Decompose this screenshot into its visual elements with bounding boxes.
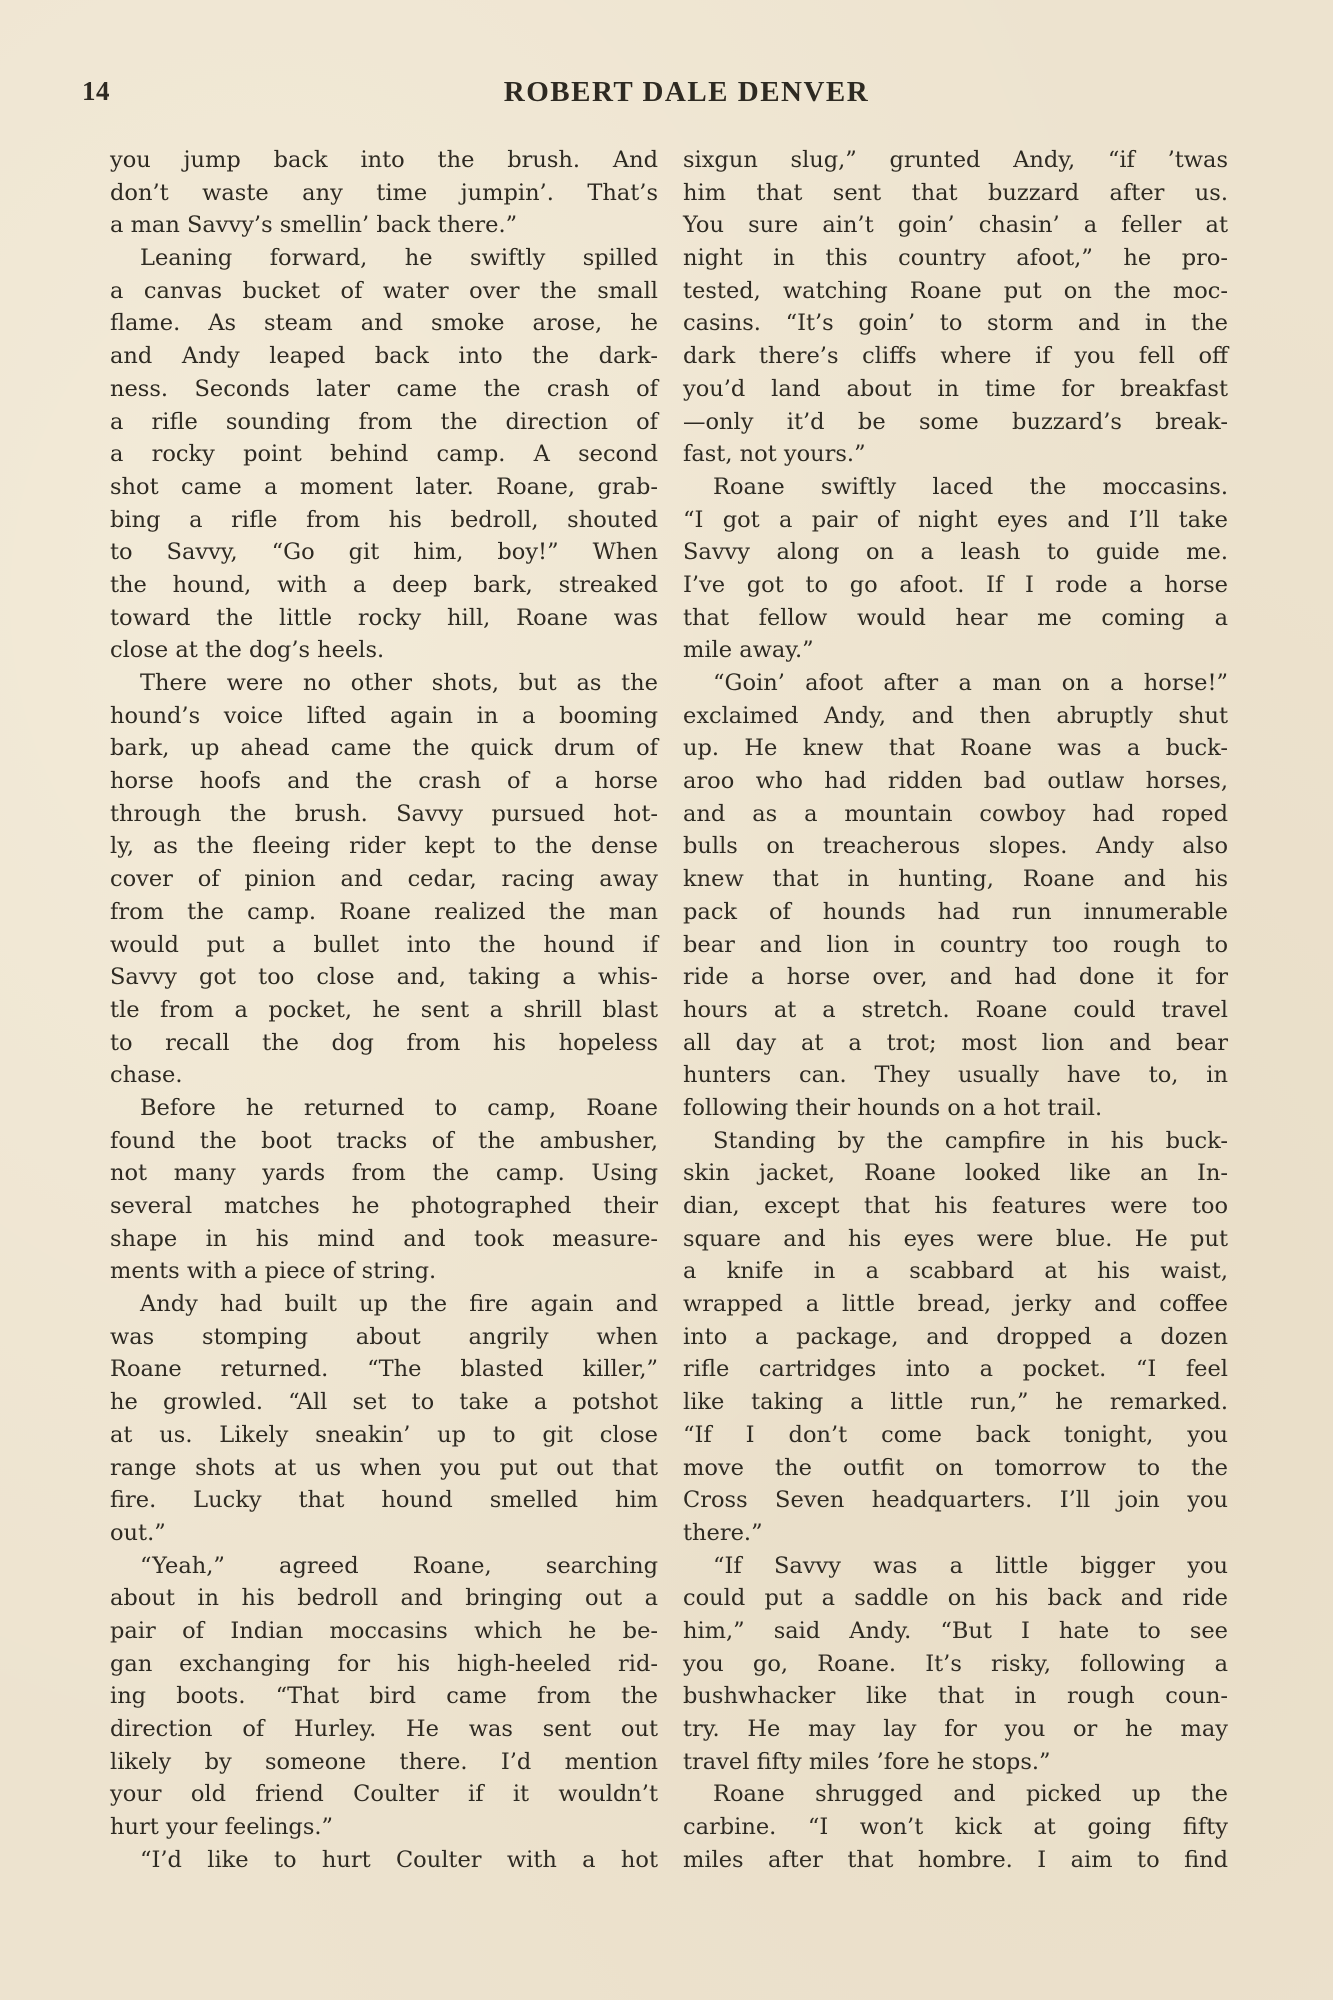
- paragraph: you jump back into the brush. Anddon’t w…: [110, 144, 658, 242]
- text-line: You sure ain’t goin’ chasin’ a feller at: [683, 209, 1228, 242]
- text-line: exclaimed Andy, and then abruptly shut: [683, 700, 1228, 733]
- paragraph: “Yeah,” agreed Roane, searchingabout in …: [110, 1550, 658, 1844]
- book-page: 14 ROBERT DALE DENVER you jump back into…: [0, 0, 1333, 2000]
- text-line: a knife in a scabbard at his waist,: [683, 1255, 1228, 1288]
- text-line: fast, not yours.”: [683, 438, 1228, 471]
- text-line: don’t waste any time jumpin’. That’s: [110, 177, 658, 210]
- text-line: bing a rifle from his bedroll, shouted: [110, 504, 658, 537]
- text-line: knew that in hunting, Roane and his: [683, 863, 1228, 896]
- text-line: Cross Seven headquarters. I’ll join you: [683, 1484, 1228, 1517]
- text-line: ly, as the fleeing rider kept to the den…: [110, 830, 658, 863]
- text-line: square and his eyes were blue. He put: [683, 1223, 1228, 1256]
- running-header: 14 ROBERT DALE DENVER: [0, 76, 1333, 116]
- paragraph: “If Savvy was a little bigger youcould p…: [683, 1550, 1228, 1779]
- paragraph: Leaning forward, he swiftly spilleda can…: [110, 242, 658, 667]
- text-line: to recall the dog from his hopeless: [110, 1027, 658, 1060]
- text-line: found the boot tracks of the ambusher,: [110, 1125, 658, 1158]
- text-line: dark there’s cliffs where if you fell of…: [683, 340, 1228, 373]
- text-line: you go, Roane. It’s risky, following a: [683, 1648, 1228, 1681]
- text-line: into a package, and dropped a dozen: [683, 1321, 1228, 1354]
- text-line: dian, except that his features were too: [683, 1190, 1228, 1223]
- paragraph: sixgun slug,” grunted Andy, “if ’twashim…: [683, 144, 1228, 471]
- text-line: hours at a stretch. Roane could travel: [683, 994, 1228, 1027]
- text-line: skin jacket, Roane looked like an In-: [683, 1157, 1228, 1190]
- text-line: rifle cartridges into a pocket. “I feel: [683, 1353, 1228, 1386]
- text-line: not many yards from the camp. Using: [110, 1157, 658, 1190]
- text-line: sixgun slug,” grunted Andy, “if ’twas: [683, 144, 1228, 177]
- text-line: horse hoofs and the crash of a horse: [110, 765, 658, 798]
- text-line: hunters can. They usually have to, in: [683, 1059, 1228, 1092]
- text-line: the hound, with a deep bark, streaked: [110, 569, 658, 602]
- text-line: pair of Indian moccasins which he be-: [110, 1615, 658, 1648]
- text-line: to Savvy, “Go git him, boy!” When: [110, 536, 658, 569]
- text-line: Savvy along on a leash to guide me.: [683, 536, 1228, 569]
- left-column: you jump back into the brush. Anddon’t w…: [110, 144, 658, 1876]
- paragraph: There were no other shots, but as thehou…: [110, 667, 658, 1092]
- text-line: him that sent that buzzard after us.: [683, 177, 1228, 210]
- text-line: ments with a piece of string.: [110, 1255, 658, 1288]
- text-line: tle from a pocket, he sent a shrill blas…: [110, 994, 658, 1027]
- text-line: Roane returned. “The blasted killer,”: [110, 1353, 658, 1386]
- text-line: a rifle sounding from the direction of: [110, 406, 658, 439]
- text-line: toward the little rocky hill, Roane was: [110, 602, 658, 635]
- text-line: move the outfit on tomorrow to the: [683, 1452, 1228, 1485]
- paragraph: “I’d like to hurt Coulter with a hot: [110, 1844, 658, 1877]
- text-line: miles after that hombre. I aim to find: [683, 1844, 1228, 1877]
- text-line: gan exchanging for his high-heeled rid-: [110, 1648, 658, 1681]
- right-column: sixgun slug,” grunted Andy, “if ’twashim…: [683, 144, 1228, 1876]
- text-line: Leaning forward, he swiftly spilled: [110, 242, 658, 275]
- text-line: ing boots. “That bird came from the: [110, 1680, 658, 1713]
- text-line: range shots at us when you put out that: [110, 1452, 658, 1485]
- text-line: try. He may lay for you or he may: [683, 1713, 1228, 1746]
- text-line: a man Savvy’s smellin’ back there.”: [110, 209, 658, 242]
- text-line: pack of hounds had run innumerable: [683, 896, 1228, 929]
- text-line: “If I don’t come back tonight, you: [683, 1419, 1228, 1452]
- text-line: a canvas bucket of water over the small: [110, 275, 658, 308]
- text-line: direction of Hurley. He was sent out: [110, 1713, 658, 1746]
- text-line: you’d land about in time for breakfast: [683, 373, 1228, 406]
- text-line: and Andy leaped back into the dark-: [110, 340, 658, 373]
- paragraph: Roane swiftly laced the moccasins.“I got…: [683, 471, 1228, 667]
- text-line: carbine. “I won’t kick at going fifty: [683, 1811, 1228, 1844]
- text-line: “If Savvy was a little bigger you: [683, 1550, 1228, 1583]
- text-line: cover of pinion and cedar, racing away: [110, 863, 658, 896]
- text-line: flame. As steam and smoke arose, he: [110, 307, 658, 340]
- text-line: Andy had built up the fire again and: [110, 1288, 658, 1321]
- text-line: like taking a little run,” he remarked.: [683, 1386, 1228, 1419]
- text-line: —only it’d be some buzzard’s break-: [683, 406, 1228, 439]
- text-line: there.”: [683, 1517, 1228, 1550]
- text-line: from the camp. Roane realized the man: [110, 896, 658, 929]
- text-line: Standing by the campfire in his buck-: [683, 1125, 1228, 1158]
- text-line: you jump back into the brush. And: [110, 144, 658, 177]
- text-line: travel fifty miles ’fore he stops.”: [683, 1746, 1228, 1779]
- text-line: out.”: [110, 1517, 658, 1550]
- text-line: tested, watching Roane put on the moc-: [683, 275, 1228, 308]
- text-line: night in this country afoot,” he pro-: [683, 242, 1228, 275]
- text-line: could put a saddle on his back and ride: [683, 1582, 1228, 1615]
- text-line: bulls on treacherous slopes. Andy also: [683, 830, 1228, 863]
- text-line: up. He knew that Roane was a buck-: [683, 732, 1228, 765]
- text-line: “I got a pair of night eyes and I’ll tak…: [683, 504, 1228, 537]
- text-line: fire. Lucky that hound smelled him: [110, 1484, 658, 1517]
- text-line: ness. Seconds later came the crash of: [110, 373, 658, 406]
- paragraph: “Goin’ afoot after a man on a horse!”exc…: [683, 667, 1228, 1125]
- text-line: wrapped a little bread, jerky and coffee: [683, 1288, 1228, 1321]
- text-line: hurt your feelings.”: [110, 1811, 658, 1844]
- text-line: bear and lion in country too rough to: [683, 929, 1228, 962]
- text-line: at us. Likely sneakin’ up to git close: [110, 1419, 658, 1452]
- text-line: he growled. “All set to take a potshot: [110, 1386, 658, 1419]
- text-line: him,” said Andy. “But I hate to see: [683, 1615, 1228, 1648]
- text-line: shot came a moment later. Roane, grab-: [110, 471, 658, 504]
- running-title: ROBERT DALE DENVER: [0, 76, 1333, 109]
- text-line: casins. “It’s goin’ to storm and in the: [683, 307, 1228, 340]
- text-line: Savvy got too close and, taking a whis-: [110, 961, 658, 994]
- text-line: that fellow would hear me coming a: [683, 602, 1228, 635]
- text-line: “Yeah,” agreed Roane, searching: [110, 1550, 658, 1583]
- text-line: following their hounds on a hot trail.: [683, 1092, 1228, 1125]
- text-line: I’ve got to go afoot. If I rode a horse: [683, 569, 1228, 602]
- text-line: ride a horse over, and had done it for: [683, 961, 1228, 994]
- paragraph: Andy had built up the fire again andwas …: [110, 1288, 658, 1550]
- text-line: likely by someone there. I’d mention: [110, 1746, 658, 1779]
- text-line: close at the dog’s heels.: [110, 634, 658, 667]
- paragraph: Roane shrugged and picked up thecarbine.…: [683, 1778, 1228, 1876]
- text-line: your old friend Coulter if it wouldn’t: [110, 1778, 658, 1811]
- text-line: a rocky point behind camp. A second: [110, 438, 658, 471]
- text-line: Roane swiftly laced the moccasins.: [683, 471, 1228, 504]
- text-line: “Goin’ afoot after a man on a horse!”: [683, 667, 1228, 700]
- text-line: chase.: [110, 1059, 658, 1092]
- paragraph: Standing by the campfire in his buck-ski…: [683, 1125, 1228, 1550]
- text-line: all day at a trot; most lion and bear: [683, 1027, 1228, 1060]
- text-line: aroo who had ridden bad outlaw horses,: [683, 765, 1228, 798]
- text-line: mile away.”: [683, 634, 1228, 667]
- text-line: would put a bullet into the hound if: [110, 929, 658, 962]
- text-line: about in his bedroll and bringing out a: [110, 1582, 658, 1615]
- paragraph: Before he returned to camp, Roanefound t…: [110, 1092, 658, 1288]
- text-line: Before he returned to camp, Roane: [110, 1092, 658, 1125]
- text-line: several matches he photographed their: [110, 1190, 658, 1223]
- text-line: Roane shrugged and picked up the: [683, 1778, 1228, 1811]
- text-line: hound’s voice lifted again in a booming: [110, 700, 658, 733]
- text-line: There were no other shots, but as the: [110, 667, 658, 700]
- text-line: bark, up ahead came the quick drum of: [110, 732, 658, 765]
- text-line: through the brush. Savvy pursued hot-: [110, 798, 658, 831]
- text-line: and as a mountain cowboy had roped: [683, 798, 1228, 831]
- text-line: shape in his mind and took measure-: [110, 1223, 658, 1256]
- text-line: “I’d like to hurt Coulter with a hot: [110, 1844, 658, 1877]
- text-line: bushwhacker like that in rough coun-: [683, 1680, 1228, 1713]
- text-line: was stomping about angrily when: [110, 1321, 658, 1354]
